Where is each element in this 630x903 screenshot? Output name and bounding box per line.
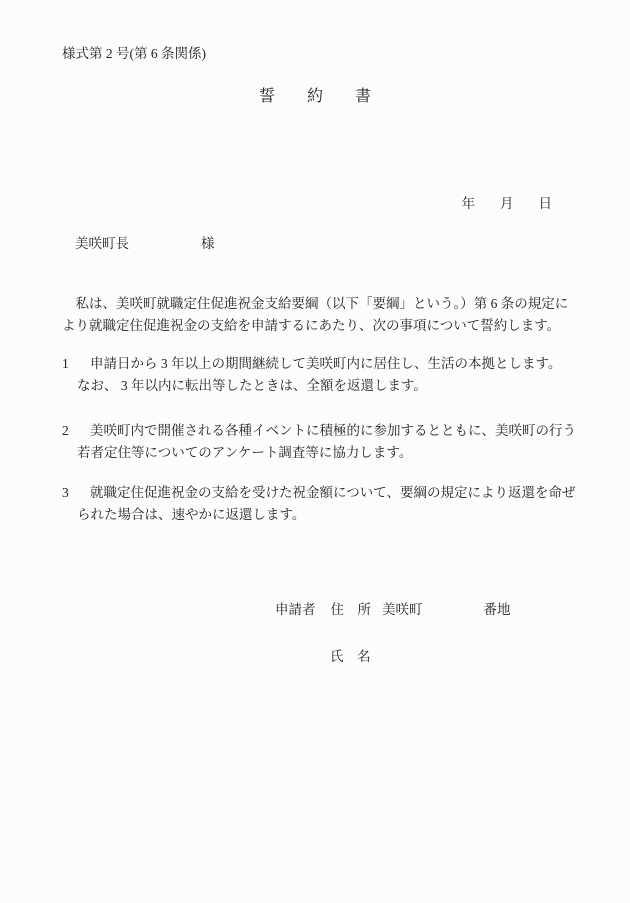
recipient-title: 美咲町長	[75, 234, 129, 254]
pledge-document-page: 様式第 2 号(第 6 条関係) 誓 約 書 年 月 日 美咲町長 様 私は、美…	[0, 0, 630, 903]
pledge-item-1-first-line: 1申請日から 3 年以上の期間継続して美咲町内に居住し、生活の本拠とします。	[62, 353, 630, 375]
address-town-value: 美咲町	[382, 600, 423, 620]
intro-line-2: より就職定住促進祝金の支給を申請するにあたり、次の事項について誓約します。	[62, 315, 630, 337]
address-banchi-suffix: 番地	[484, 600, 511, 620]
intro-line-1: 私は、美咲町就職定住促進祝金支給要綱（以下「要綱」という。）第 6 条の規定に	[62, 293, 630, 315]
pledge-item-2-number: 2	[62, 420, 90, 442]
form-number: 様式第 2 号(第 6 条関係)	[62, 44, 630, 64]
honorific-label: 様	[201, 234, 215, 254]
applicant-address-row: 申請者 住 所 美咲町 番地	[275, 600, 630, 620]
applicant-name-row: 氏 名	[330, 647, 630, 667]
pledge-item-2-continuation: 若者定住等についてのアンケート調査等に協力します。	[62, 442, 630, 464]
pledge-item-3-first-line: 3就職定住促進祝金の支給を受けた祝金額について、要綱の規定により返還を命ぜ	[62, 482, 630, 504]
applicant-label: 申請者	[275, 600, 316, 620]
addressee-line: 美咲町長 様	[75, 234, 630, 254]
pledge-item-2-text: 美咲町内で開催される各種イベントに積極的に参加するとともに、美咲町の行う	[90, 423, 576, 438]
intro-paragraph: 私は、美咲町就職定住促進祝金支給要綱（以下「要綱」という。）第 6 条の規定に …	[62, 293, 630, 337]
pledge-item-3-text: 就職定住促進祝金の支給を受けた祝金額について、要綱の規定により返還を命ぜ	[90, 485, 575, 500]
pledge-item-1-text: 申請日から 3 年以上の期間継続して美咲町内に居住し、生活の本拠とします。	[90, 356, 561, 371]
document-title: 誓 約 書	[0, 85, 630, 109]
pledge-item-3-number: 3	[62, 482, 90, 504]
address-label: 住 所	[331, 600, 372, 620]
month-label: 月	[500, 194, 514, 214]
pledge-item-3-continuation: られた場合は、速やかに返還します。	[62, 504, 630, 526]
pledge-item-3: 3就職定住促進祝金の支給を受けた祝金額について、要綱の規定により返還を命ぜ られ…	[62, 482, 630, 526]
year-label: 年	[462, 194, 476, 214]
pledge-item-2-first-line: 2美咲町内で開催される各種イベントに積極的に参加するとともに、美咲町の行う	[62, 420, 630, 442]
day-label: 日	[539, 194, 553, 214]
pledge-item-1-continuation: なお、 3 年以内に転出等したときは、全額を返還します。	[62, 375, 630, 397]
pledge-item-1-number: 1	[62, 353, 90, 375]
name-label: 氏 名	[330, 649, 371, 664]
pledge-item-2: 2美咲町内で開催される各種イベントに積極的に参加するとともに、美咲町の行う 若者…	[62, 420, 630, 464]
pledge-item-1: 1申請日から 3 年以上の期間継続して美咲町内に居住し、生活の本拠とします。 な…	[62, 353, 630, 397]
date-blank-line: 年 月 日	[0, 194, 630, 214]
